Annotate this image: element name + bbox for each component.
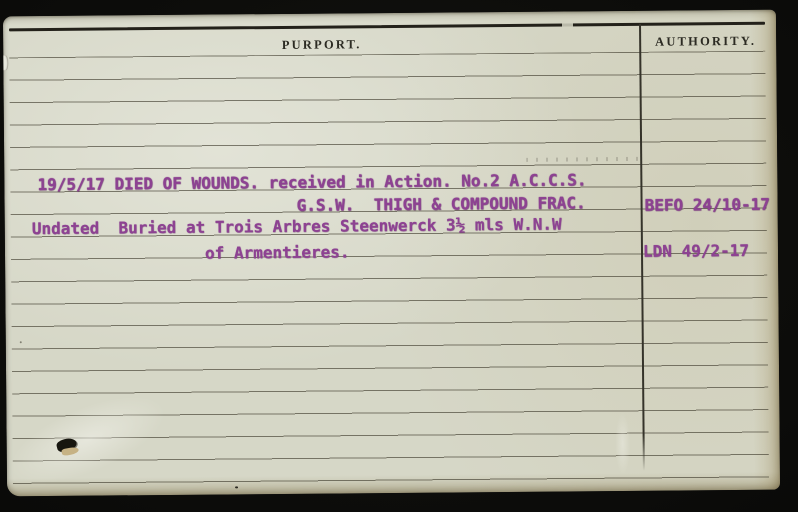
entry-1-purport-line-2: G.S.W. THIGH & COMPOUND FRAC. [297,194,586,214]
record-card: PURPORT. AUTHORITY. 19/5/17 DIED OF WOUN… [3,10,780,497]
dust-speck [235,486,238,488]
entry-1-purport-line-1: 19/5/17 DIED OF WOUNDS. received in Acti… [37,171,586,193]
entry-1-authority-reference: BEFO 24/10-17 [645,196,770,214]
authority-column-header: AUTHORITY. [640,34,771,51]
paper-crease [612,406,633,481]
entry-2-authority-reference: LDN 49/2-17 [643,242,749,260]
top-rule [9,22,765,31]
edge-chip-tear [3,55,8,70]
dust-speck [20,341,22,343]
entry-2-purport-line-1: Undated Buried at Trois Arbres Steenwerc… [32,216,562,238]
entry-2-purport-line-2: of Armentieres. [205,243,350,261]
scanned-record-photo: { "scan": { "background_color": "#0b0b09… [0,0,798,512]
